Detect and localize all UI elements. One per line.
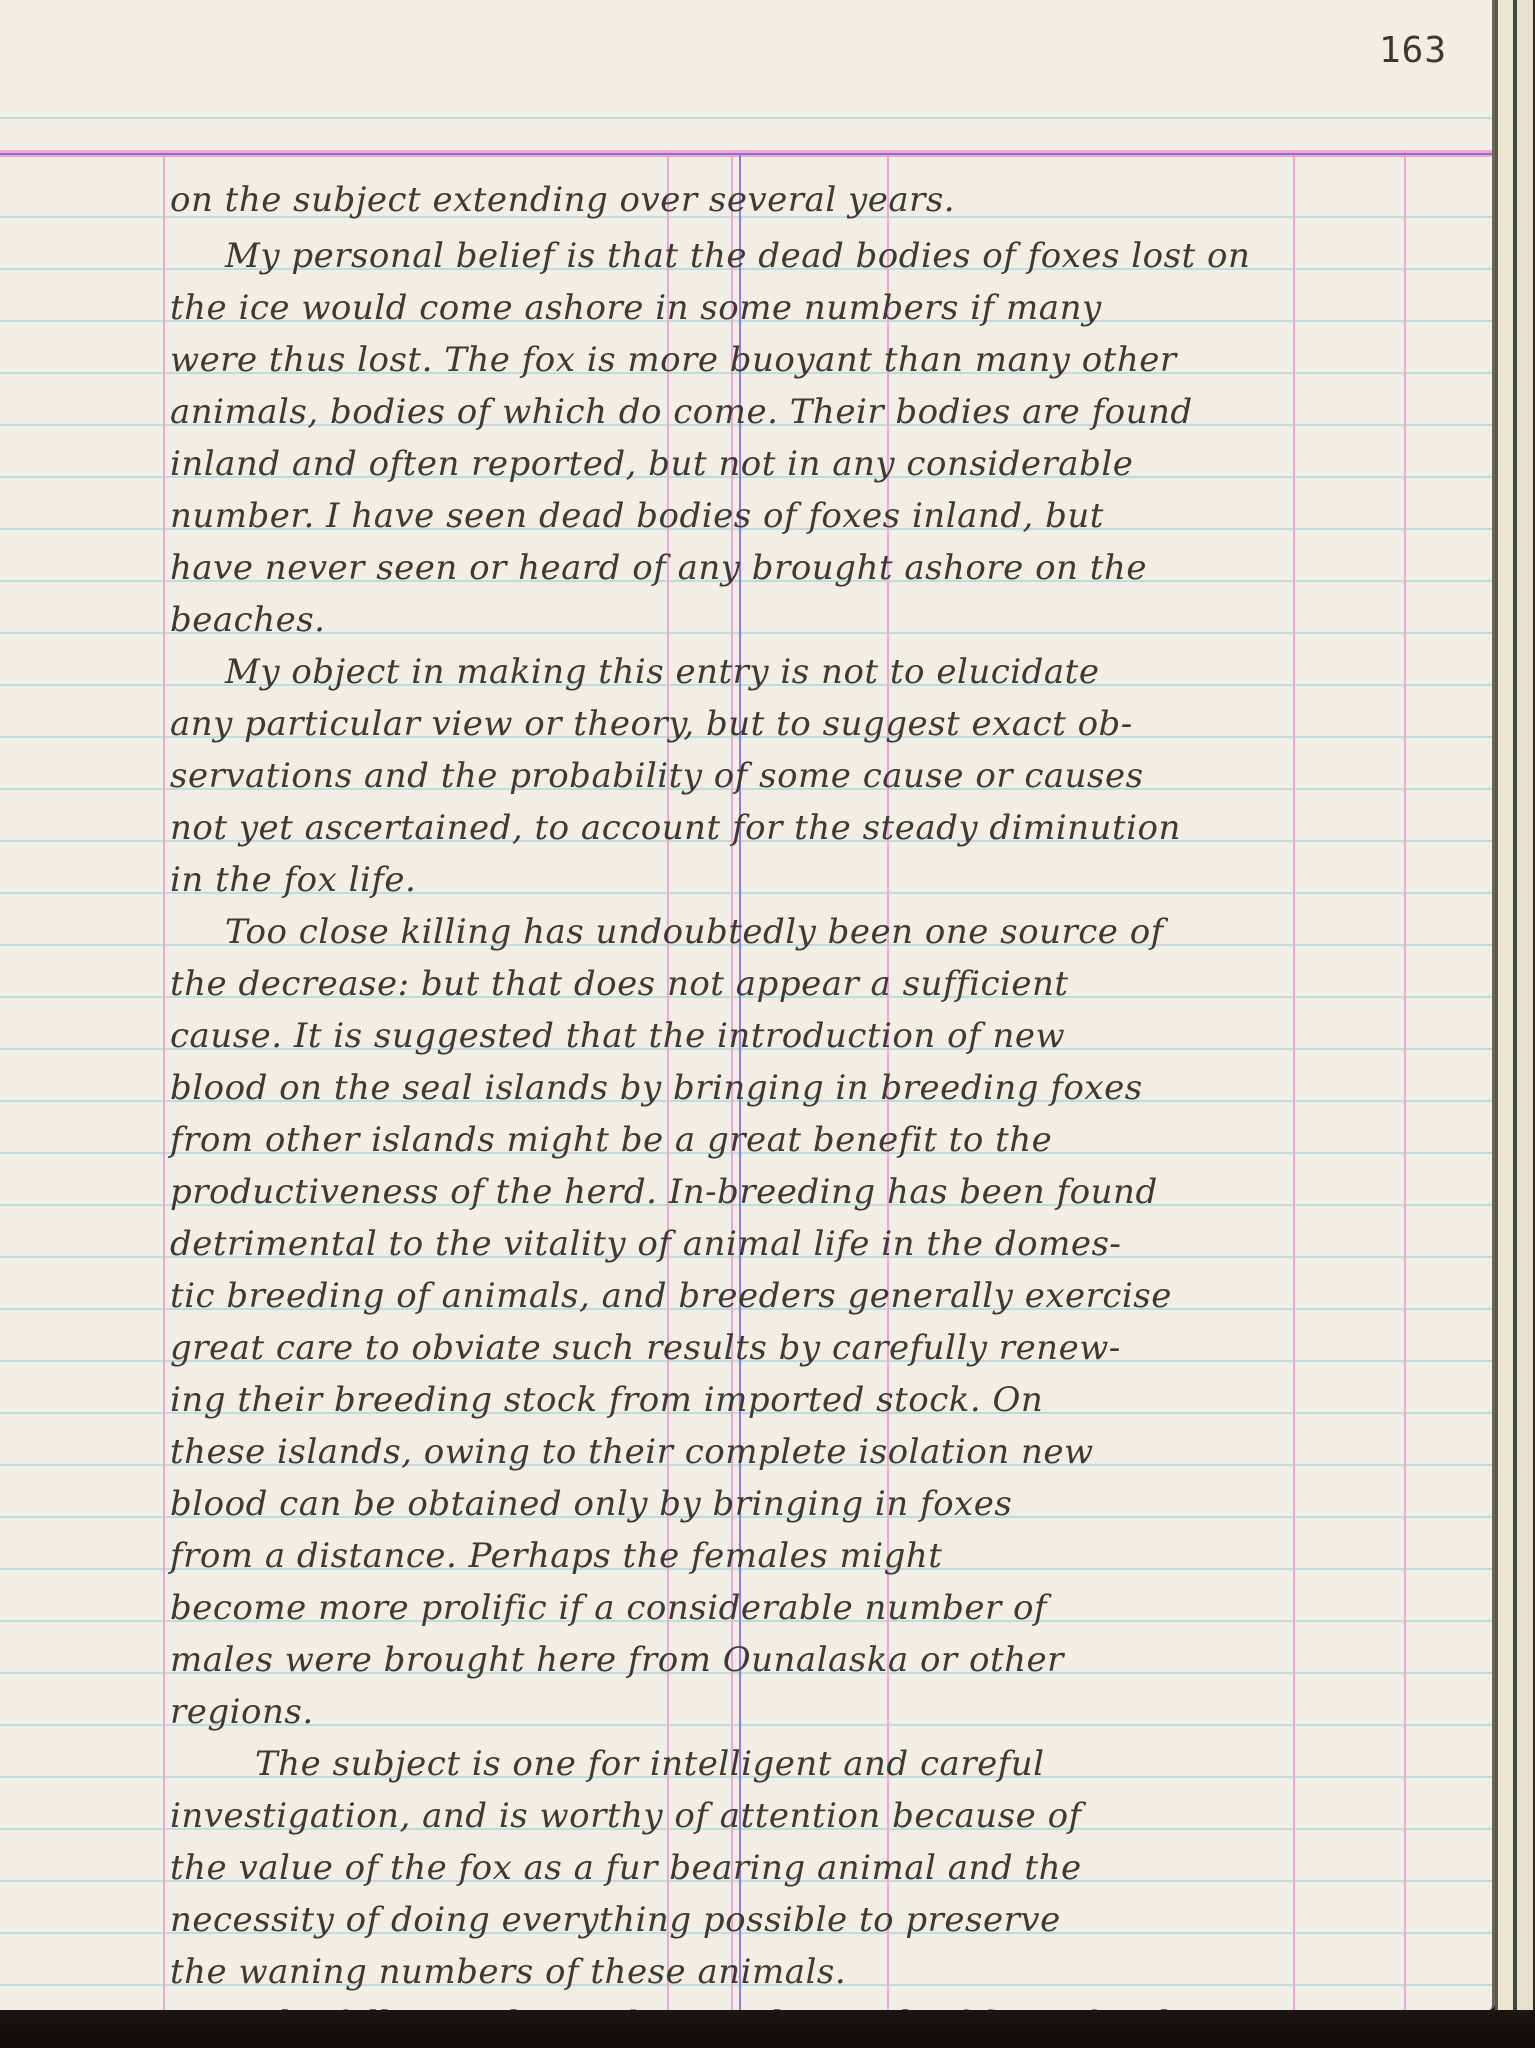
text-line: the decrease: but that does not appear a… xyxy=(170,964,1470,1004)
text-line: Too close killing has undoubtedly been o… xyxy=(225,912,1495,952)
text-line: tic breeding of animals, and breeders ge… xyxy=(170,1276,1470,1316)
text-line: detrimental to the vitality of animal li… xyxy=(170,1224,1470,1264)
text-line: in the fox life. xyxy=(170,860,1470,900)
text-line: any particular view or theory, but to su… xyxy=(170,704,1470,744)
text-line: ing their breeding stock from imported s… xyxy=(170,1380,1470,1420)
ruled-line xyxy=(0,117,1492,119)
text-line: from a distance. Perhaps the females mig… xyxy=(170,1536,1470,1576)
text-line: the ice would come ashore in some number… xyxy=(170,288,1470,328)
text-line: were thus lost. The fox is more buoyant … xyxy=(170,340,1470,380)
ledger-page: 163 on the subject extending over severa… xyxy=(0,0,1495,2010)
text-line: not yet ascertained, to account for the … xyxy=(170,808,1470,848)
text-line: number. I have seen dead bodies of foxes… xyxy=(170,496,1470,536)
text-line: blood on the seal islands by bringing in… xyxy=(170,1068,1470,1108)
text-line: investigation, and is worthy of attentio… xyxy=(170,1796,1470,1836)
text-line: necessity of doing everything possible t… xyxy=(170,1900,1470,1940)
text-line: the waning numbers of these animals. xyxy=(170,1952,1470,1992)
book-bottom-edge xyxy=(0,2010,1535,2048)
text-line: The subject is one for intelligent and c… xyxy=(255,1744,1495,1784)
margin-rule xyxy=(163,155,165,2010)
text-line: animals, bodies of which do come. Their … xyxy=(170,392,1470,432)
text-line: become more prolific if a considerable n… xyxy=(170,1588,1470,1628)
text-line: blood can be obtained only by bringing i… xyxy=(170,1484,1470,1524)
text-line: these islands, owing to their complete i… xyxy=(170,1432,1470,1472)
text-line: productiveness of the herd. In-breeding … xyxy=(170,1172,1470,1212)
text-line: My personal belief is that the dead bodi… xyxy=(225,236,1495,276)
text-line: My object in making this entry is not to… xyxy=(225,652,1495,692)
page-stack-edge xyxy=(1495,0,1535,2010)
text-line: have never seen or heard of any brought … xyxy=(170,548,1470,588)
text-line: beaches. xyxy=(170,600,1470,640)
text-line: males were brought here from Ounalaska o… xyxy=(170,1640,1470,1680)
text-line: servations and the probability of some c… xyxy=(170,756,1470,796)
text-line: inland and often reported, but not in an… xyxy=(170,444,1470,484)
text-line: the value of the fox as a fur bearing an… xyxy=(170,1848,1470,1888)
text-line: from other islands might be a great bene… xyxy=(170,1120,1470,1160)
text-line: great care to obviate such results by ca… xyxy=(170,1328,1470,1368)
header-rule xyxy=(0,150,1492,157)
page-number: 163 xyxy=(1379,30,1447,71)
text-line: cause. It is suggested that the introduc… xyxy=(170,1016,1470,1056)
text-line: regions. xyxy=(170,1692,1470,1732)
text-line: on the subject extending over several ye… xyxy=(170,180,1470,220)
